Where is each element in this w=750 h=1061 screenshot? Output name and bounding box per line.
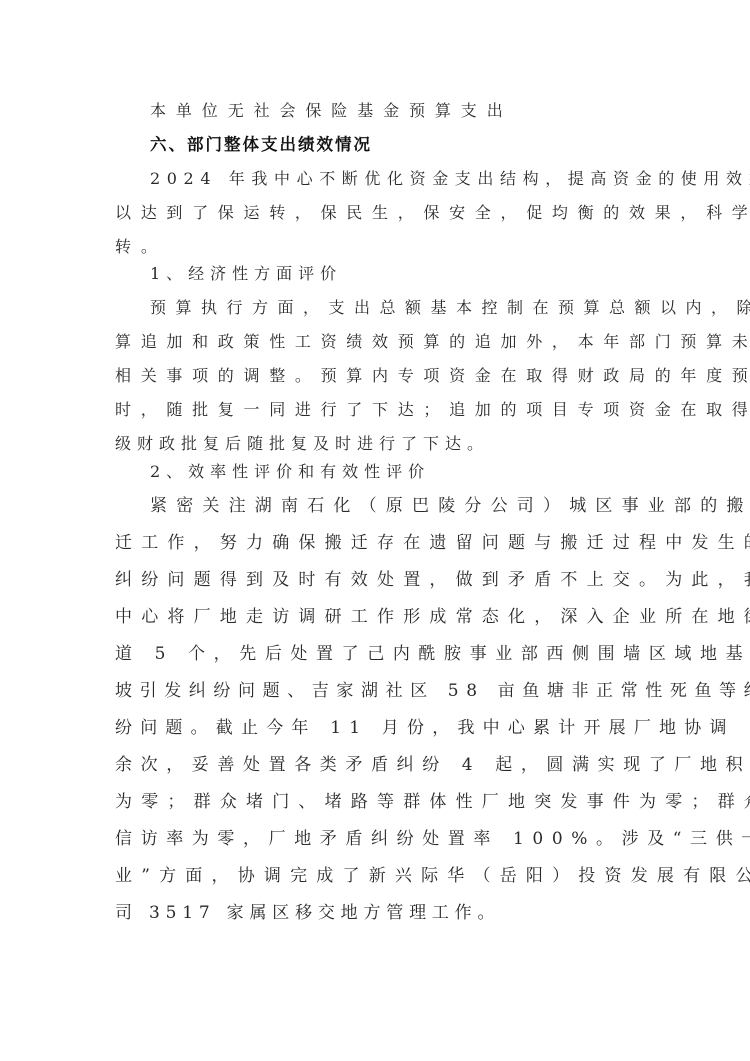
paragraph-line: 信访率为零，厂地矛盾纠纷处置率 100%。涉及“三供一 [115, 829, 635, 849]
paragraph-line: 纠纷问题得到及时有效处置，做到矛盾不上交。为此，我 [115, 570, 635, 590]
paragraph-social-insurance: 本单位无社会保险基金预算支出 [150, 101, 670, 121]
paragraph-line: 为零；群众堵门、堵路等群体性厂地突发事件为零；群众 [115, 792, 635, 812]
paragraph-line: 业”方面，协调完成了新兴际华（岳阳）投资发展有限公 [115, 866, 635, 886]
paragraph-line: 中心将厂地走访调研工作形成常态化，深入企业所在地街 [115, 607, 635, 627]
paragraph-line: 司 3517 家属区移交地方管理工作。 [115, 903, 635, 923]
paragraph-line: 时，随批复一同进行了下达；追加的项目专项资金在取得上级或同 [115, 400, 635, 420]
paragraph-line: 紧密关注湖南石化（原巴陵分公司）城区事业部的搬 [150, 496, 670, 516]
paragraph-line: 以达到了保运转，保民生，保安全，促均衡的效果，科学调配保运 [115, 203, 635, 223]
paragraph-line: 2024 年我中心不断优化资金支出结构，提高资金的使用效益， [150, 169, 670, 189]
paragraph-line: 余次，妥善处置各类矛盾纠纷 4 起，圆满实现了厂地积案 [115, 755, 635, 775]
paragraph-line: 纷问题。截止今年 11 月份，我中心累计开展厂地协调 10 [115, 718, 635, 738]
paragraph-line: 算追加和政策性工资绩效预算的追加外，本年部门预算未进行预算 [115, 332, 635, 352]
paragraph-line: 级财政批复后随批复及时进行了下达。 [115, 434, 635, 454]
paragraph-line: 道 5 个，先后处置了己内酰胺事业部西侧围墙区域地基滑 [115, 644, 635, 664]
subheading-economy: 1、经济性方面评价 [150, 264, 670, 284]
paragraph-line: 坡引发纠纷问题、吉家湖社区 58 亩鱼塘非正常性死鱼等纠 [115, 681, 635, 701]
subheading-efficiency: 2、效率性评价和有效性评价 [150, 462, 670, 482]
document-page: 本单位无社会保险基金预算支出 六、部门整体支出绩效情况 2024 年我中心不断优… [0, 0, 750, 1061]
paragraph-line: 迁工作，努力确保搬迁存在遗留问题与搬迁过程中发生的 [115, 533, 635, 553]
section-heading-six: 六、部门整体支出绩效情况 [150, 135, 670, 155]
paragraph-line: 预算执行方面，支出总额基本控制在预算总额以内，除专项预 [150, 298, 670, 318]
paragraph-line: 相关事项的调整。预算内专项资金在取得财政局的年度预算批复 [115, 366, 635, 386]
paragraph-line: 转。 [115, 237, 635, 257]
